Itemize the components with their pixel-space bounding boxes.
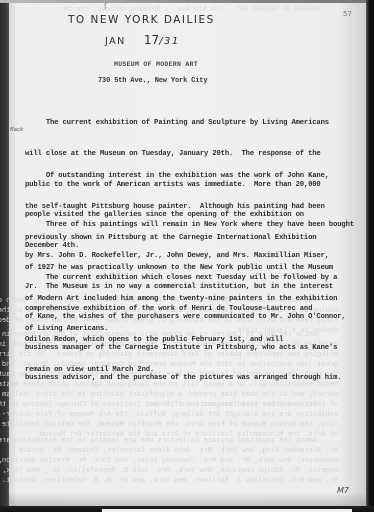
text-line: Three of his paintings will remain in Ne… bbox=[25, 220, 325, 230]
handwritten-recipient: TO NEW YORK DAILIES bbox=[68, 14, 215, 26]
bleed-through-block: Museums other than the Louvre and the Ar… bbox=[18, 400, 338, 440]
handwritten-month: JAN bbox=[105, 36, 126, 47]
text-line: Odilon Redon, which opens to the public … bbox=[25, 335, 325, 345]
bleed-through-block: Among the important private collectors w… bbox=[18, 436, 338, 486]
text-line: comprehensive exhibition of the work of … bbox=[25, 304, 325, 314]
scan-bottom-edge bbox=[0, 506, 374, 512]
handwritten-day: 17 bbox=[144, 33, 159, 47]
text-line: The current exhibition which closes next… bbox=[25, 273, 325, 283]
handwritten-year: /31 bbox=[159, 36, 180, 47]
scan-right-edge bbox=[366, 0, 374, 512]
page-mark: M7 bbox=[337, 486, 349, 495]
pencil-mark: ſ bbox=[104, 2, 107, 11]
text-line: remain on view until March 2nd. bbox=[25, 365, 325, 375]
handwritten-date: JAN 17/31 bbox=[105, 33, 180, 47]
address-heading: 730 5th Ave., New York City bbox=[98, 76, 207, 86]
text-line: Of outstanding interest in the exhibitio… bbox=[25, 171, 325, 181]
scan-left-edge bbox=[0, 3, 9, 508]
paragraph-next-exhibition: The current exhibition which closes next… bbox=[25, 253, 325, 396]
text-line: The current exhibition of Painting and S… bbox=[25, 118, 325, 128]
scanned-page: MUSEUM OF MODERN ART / 730 5th Ave. / Re… bbox=[0, 0, 374, 512]
corner-number: 57 bbox=[343, 10, 352, 18]
margin-note: flack bbox=[10, 127, 23, 133]
organization-heading: MUSEUM OF MODERN ART bbox=[114, 60, 198, 70]
